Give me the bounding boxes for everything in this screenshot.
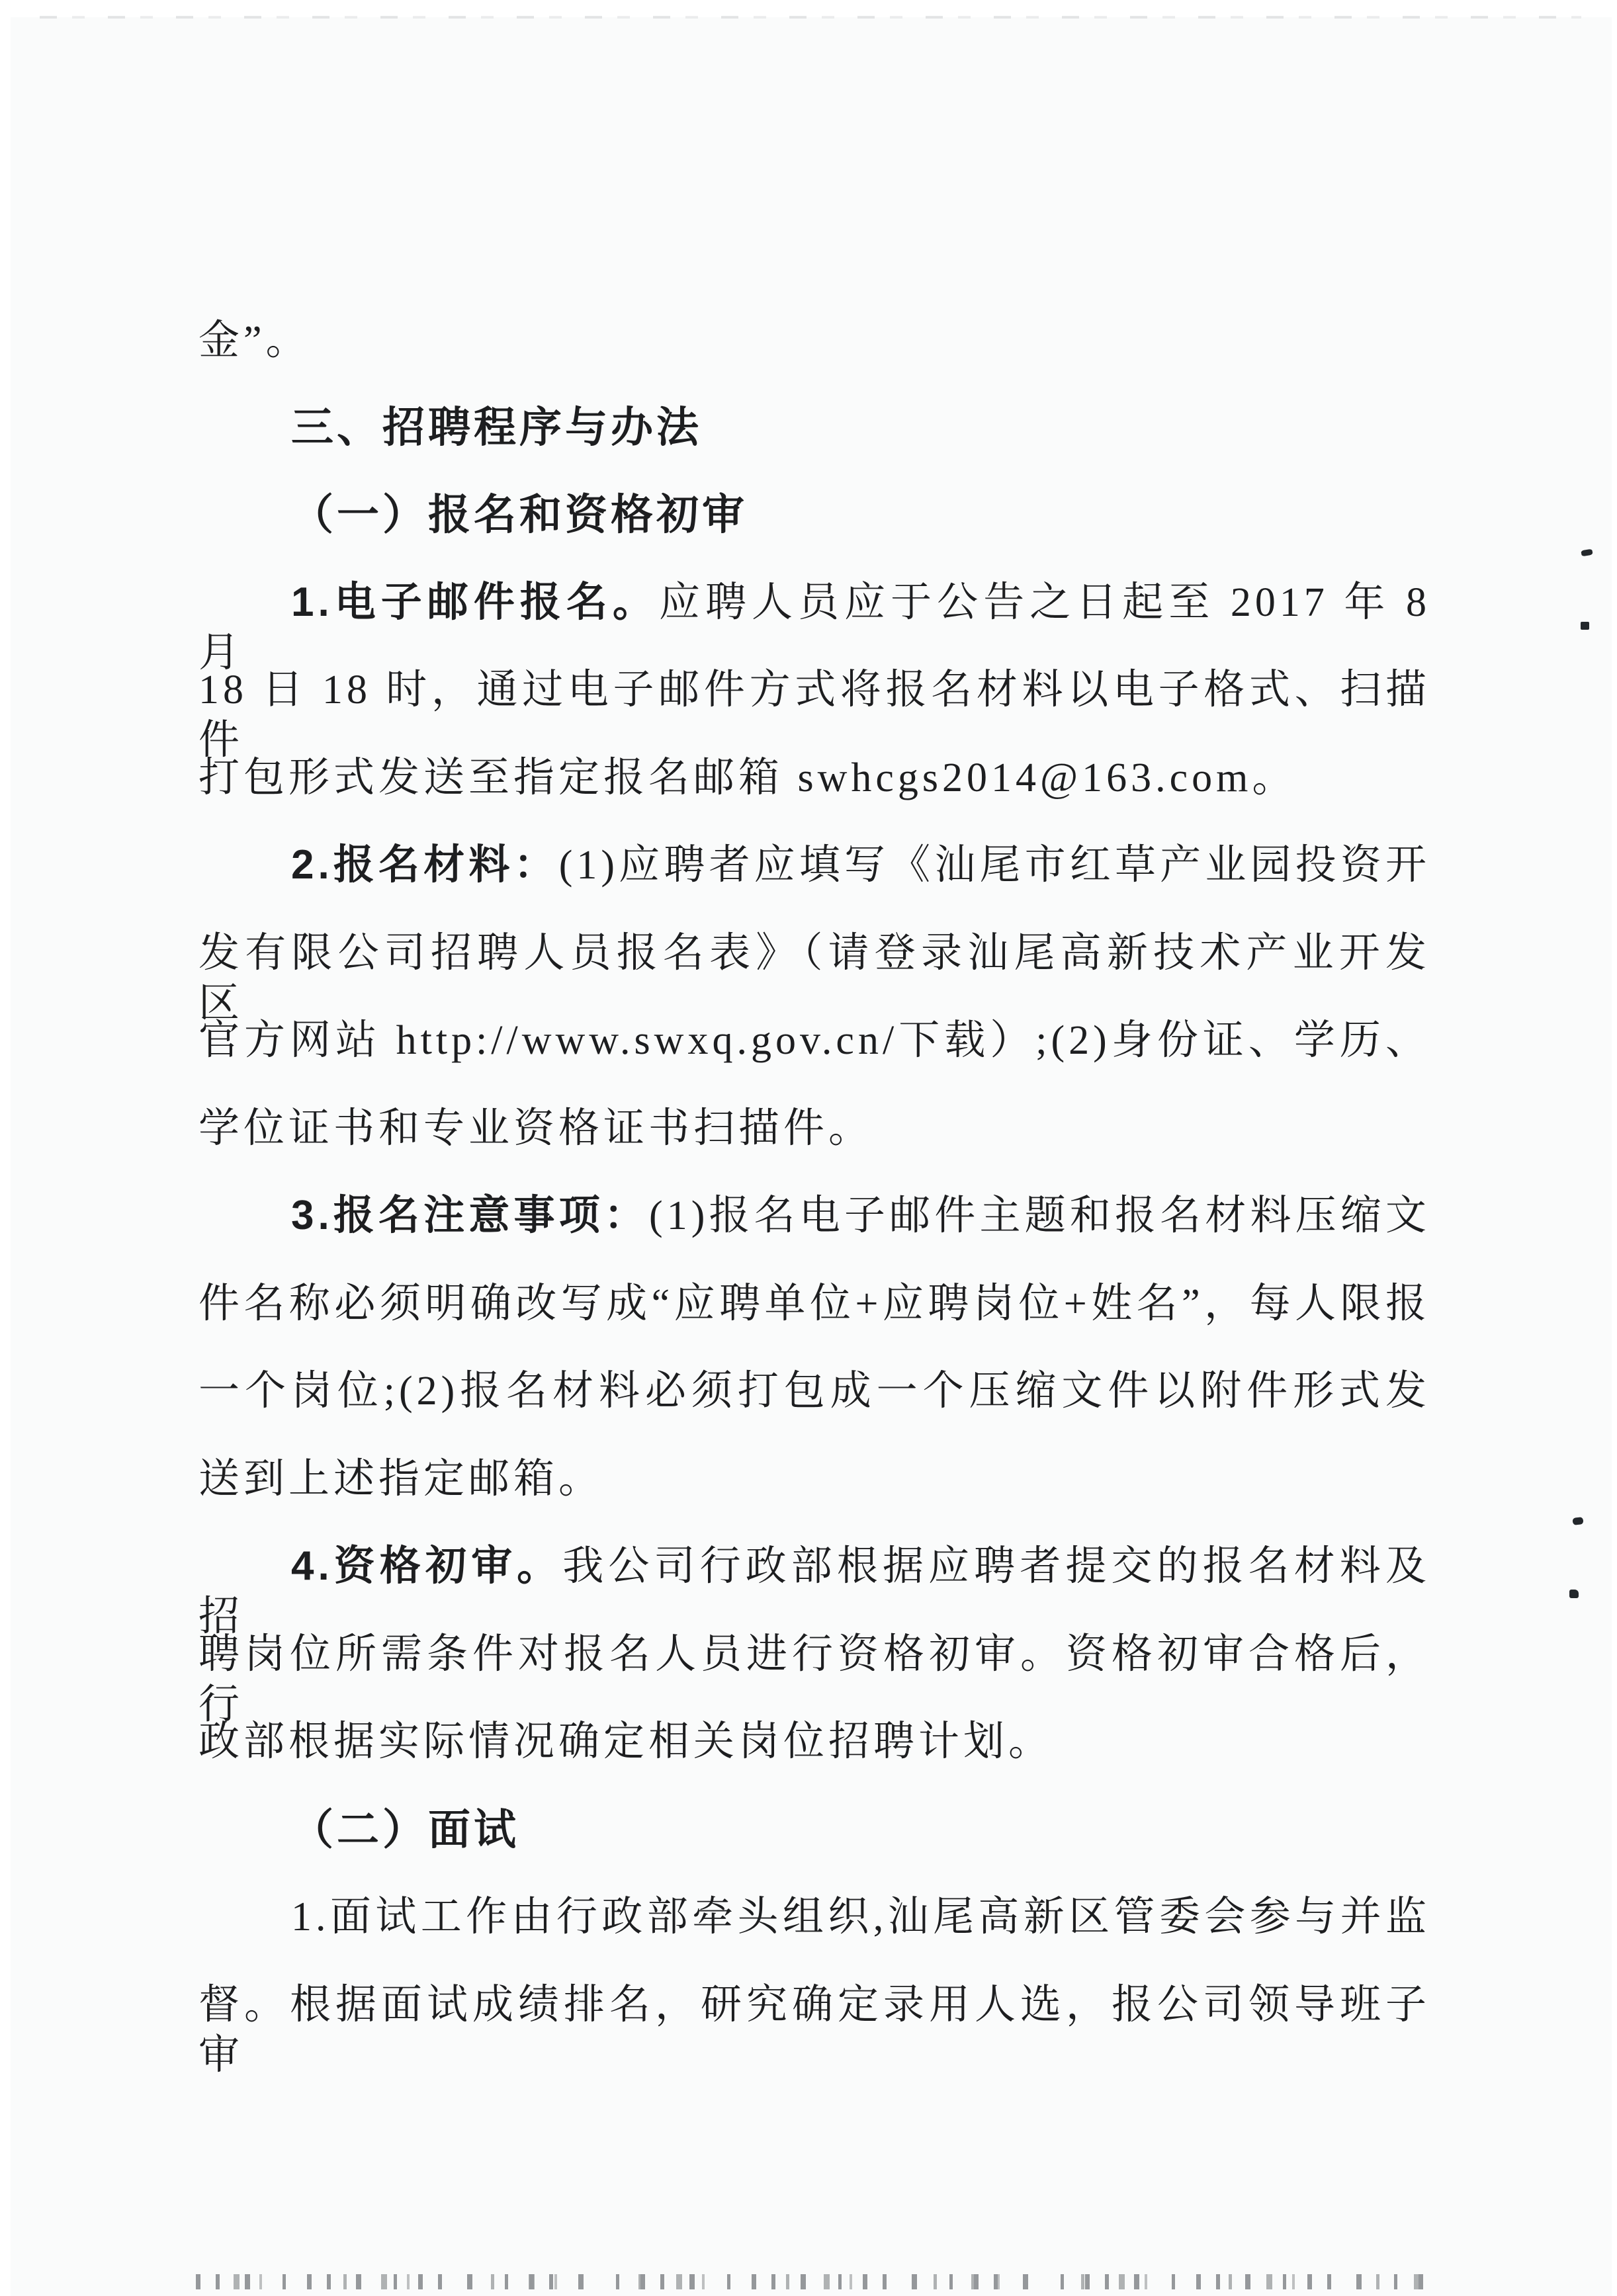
section-heading: 三、招聘程序与办法 [198,402,1430,452]
subsection-heading: （一）报名和资格初审 [198,489,1430,540]
text-line: 18 日 18 时，通过电子邮件方式将报名材料以电子格式、扫描件 [198,665,1430,765]
line-lead-bold: 4.资格初审。 [291,1543,562,1589]
line-text: 督。根据面试成绩排名，研究确定录用人选，报公司领导班子审 [198,1982,1430,2078]
scan-speck [1569,1590,1579,1598]
line-lead-bold: （二）面试 [291,1806,519,1853]
text-line: 聘岗位所需条件对报名人员进行资格初审。资格初审合格后，行 [198,1629,1430,1730]
text-line: 3.报名注意事项：(1)报名电子邮件主题和报名材料压缩文 [198,1191,1430,1241]
line-text: 18 日 18 时，通过电子邮件方式将报名材料以电子格式、扫描件 [198,667,1430,763]
text-line: 4.资格初审。我公司行政部根据应聘者提交的报名材料及招 [198,1541,1430,1642]
line-text: 金”。 [198,318,311,363]
line-lead-bold: 2.报名材料： [291,842,559,888]
text-line: 学位证书和专业资格证书扫描件。 [198,1103,1430,1154]
line-lead-bold: 三、招聘程序与办法 [291,404,702,451]
text-line: 一个岗位;(2)报名材料必须打包成一个压缩文件以附件形式发 [198,1366,1430,1416]
line-text: 打包形式发送至指定报名邮箱 swhcgs2014@163.com。 [198,755,1297,800]
text-line: 1.面试工作由行政部牵头组织,汕尾高新区管委会参与并监 [198,1892,1430,1942]
line-text: 发有限公司招聘人员报名表》（请登录汕尾高新技术产业开发区 [198,931,1430,1026]
text-line: 督。根据面试成绩排名，研究确定录用人选，报公司领导班子审 [198,1980,1430,2080]
line-text: 送到上述指定邮箱。 [198,1457,603,1502]
scan-top-edge-artifact [40,16,1581,19]
line-text: 政部根据实际情况确定相关岗位招聘计划。 [198,1719,1053,1764]
line-text: (1)应聘者应填写《汕尾市红草产业园投资开 [559,843,1430,888]
text-line: 发有限公司招聘人员报名表》（请登录汕尾高新技术产业开发区 [198,928,1430,1029]
text-line: 件名称必须明确改写成“应聘单位+应聘岗位+姓名”，每人限报 [198,1279,1430,1329]
line-lead-bold: 3.报名注意事项： [291,1193,649,1238]
line-text: 一个岗位;(2)报名材料必须打包成一个压缩文件以附件形式发 [198,1369,1430,1414]
line-lead-bold: （一）报名和资格初审 [291,491,748,538]
line-text: 1.面试工作由行政部牵头组织,汕尾高新区管委会参与并监 [291,1894,1430,1939]
text-line: 送到上述指定邮箱。 [198,1454,1430,1504]
line-lead-bold: 1.电子邮件报名。 [291,579,659,625]
line-text: 官方网站 http://www.swxq.gov.cn/下载）;(2)身份证、学… [198,1018,1430,1063]
text-line: 金”。 [198,316,1430,366]
subsection-heading: （二）面试 [198,1805,1430,1855]
line-text: (1)报名电子邮件主题和报名材料压缩文 [649,1193,1430,1238]
line-text: 聘岗位所需条件对报名人员进行资格初审。资格初审合格后，行 [198,1632,1430,1727]
scanned-document: { "page": { "background_color": "#fafbfb… [0,0,1617,2296]
text-line: 打包形式发送至指定报名邮箱 swhcgs2014@163.com。 [198,753,1430,803]
line-text: 学位证书和专业资格证书扫描件。 [198,1106,873,1151]
text-line: 政部根据实际情况确定相关岗位招聘计划。 [198,1717,1430,1767]
line-text: 件名称必须明确改写成“应聘单位+应聘岗位+姓名”，每人限报 [198,1281,1430,1326]
text-line: 1.电子邮件报名。应聘人员应于公告之日起至 2017 年 8 月 [198,577,1430,678]
text-line: 官方网站 http://www.swxq.gov.cn/下载）;(2)身份证、学… [198,1015,1430,1066]
scan-speck [1581,622,1589,630]
bottom-cutoff-text-artifact [196,2274,1433,2289]
text-line: 2.报名材料：(1)应聘者应填写《汕尾市红草产业园投资开 [198,840,1430,890]
